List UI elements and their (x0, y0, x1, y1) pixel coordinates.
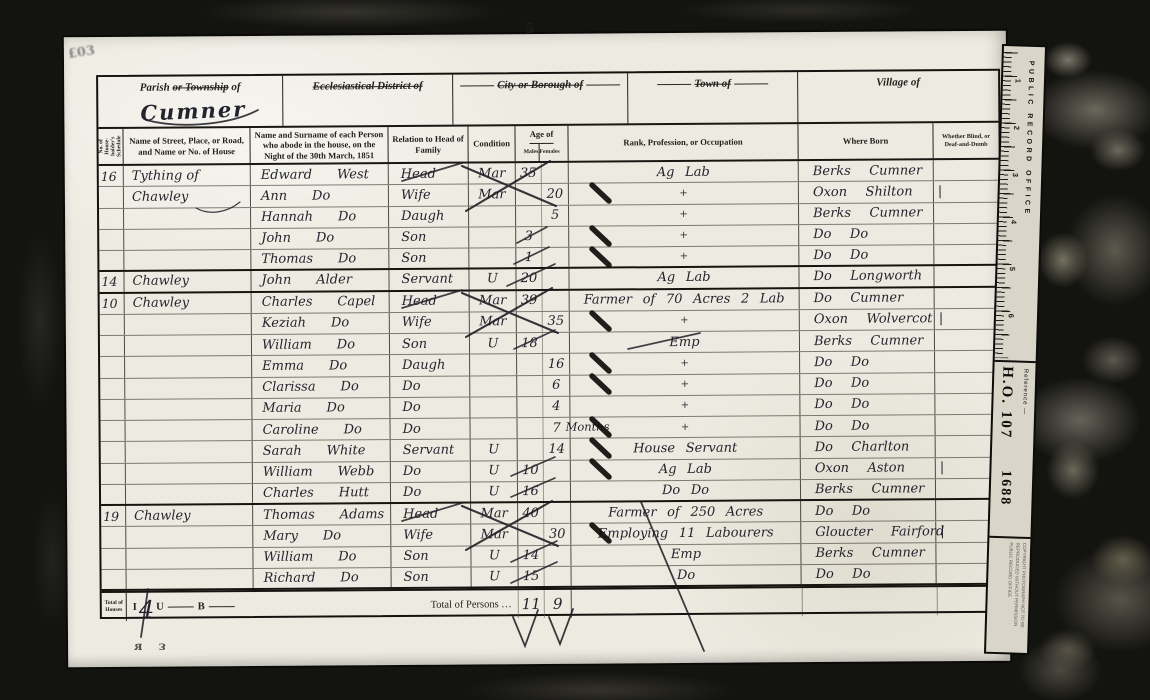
cell-age-female: 16 (543, 354, 570, 374)
blank-line (168, 606, 194, 607)
cell-age-male: 18 (517, 333, 543, 353)
cell-where-born: Oxon Shilton (799, 181, 934, 202)
cell-blind (934, 266, 999, 286)
cell-condition: Mar (471, 503, 518, 524)
cell-name: Sarah White (253, 440, 391, 461)
col-condition: Condition (468, 126, 515, 161)
cell-age-male: 10 (518, 460, 544, 480)
cell-relation: Wife (390, 312, 470, 333)
cell-schedule (100, 400, 125, 420)
cell-age-female (542, 227, 569, 247)
cell-schedule (99, 251, 124, 270)
town-header: Town of (628, 72, 798, 123)
cell-street (124, 250, 251, 270)
cell-schedule (101, 527, 126, 547)
cell-occupation: + (570, 352, 800, 374)
cell-relation: Servant (391, 440, 471, 461)
cell-name: Maria Do (252, 398, 390, 419)
cell-street: Chawley (126, 505, 253, 526)
cell-schedule (100, 421, 125, 441)
cell-street: Chawley (124, 271, 251, 291)
cell-age-male (517, 397, 543, 417)
cell-relation: Head (389, 163, 469, 184)
cell-age-male (518, 524, 544, 544)
tabulation-mark: + (679, 230, 687, 241)
cell-occupation: Do (572, 565, 802, 586)
cell-age-male: 15 (519, 567, 545, 586)
cell-where-born: Do Do (799, 224, 934, 245)
cell-occupation: + (570, 395, 800, 417)
census-table: Parish or Township of Cumner Ecclesiasti… (96, 69, 1004, 619)
copyright-notice: COPYRIGHT PHOTOGRAPH NOT TO BE REPRODUCE… (990, 542, 1027, 639)
ruler-number: 1 (1013, 79, 1022, 83)
cell-age-male (516, 205, 542, 225)
uninhabited-label: U (156, 601, 164, 612)
cell-condition (470, 354, 517, 375)
cell-age-female: 20 (542, 184, 569, 204)
cell-relation: Do (390, 376, 470, 397)
parish-value: Cumner (140, 96, 247, 125)
cell-schedule (100, 315, 125, 335)
cell-name: William Webb (253, 462, 391, 483)
cell-age-male: 39 (517, 290, 543, 310)
cell-relation: Son (391, 546, 471, 567)
col-occupation: Rank, Profession, or Occupation (568, 124, 798, 161)
cell-street (125, 377, 252, 398)
cell-age-female (542, 269, 569, 288)
divider (937, 587, 938, 615)
cell-age-male (517, 375, 543, 395)
pen-dash (734, 83, 768, 84)
ruler-number: 5 (1008, 267, 1017, 271)
cell-name: Thomas Adams (253, 504, 391, 525)
cell-condition: U (469, 269, 516, 289)
cell-name: John Do (251, 228, 389, 249)
cell-age-male: 14 (518, 545, 544, 565)
cell-where-born: Do Cumner (800, 288, 935, 309)
cell-age-male: 40 (518, 503, 544, 523)
cell-street (125, 399, 252, 420)
blank-line (209, 606, 235, 607)
divider (802, 588, 803, 616)
col-blind-label: Whether Blind, or Deaf-and-Dumb (936, 133, 997, 149)
cell-occupation: + (569, 225, 799, 247)
cell-age-male: 20 (516, 269, 542, 288)
inhabited-label: I (133, 601, 137, 612)
col-occupation-label: Rank, Profession, or Occupation (623, 137, 742, 148)
strip-divider (995, 360, 1036, 363)
cell-blind (935, 351, 1000, 372)
cell-where-born: Do Do (800, 373, 935, 394)
cell-name: Mary Do (253, 525, 391, 546)
cell-street (126, 526, 253, 547)
col-street: Name of Street, Place, or Road, and Name… (123, 128, 250, 164)
cell-relation: Son (390, 333, 470, 354)
cell-name: Ann Do (251, 185, 389, 206)
col-name-label: Name and Surname of each Person who abod… (252, 129, 385, 160)
parish-label-struck: or Township (172, 81, 228, 93)
column-headers: No. of House-holder's Schedule Name of S… (98, 123, 998, 166)
cell-street (125, 356, 252, 377)
cell-age-female (544, 545, 571, 565)
cell-name: John Alder (251, 270, 389, 290)
cell-street (126, 441, 253, 462)
total-males: 11 (519, 590, 545, 618)
cell-name: Charles Capel (252, 292, 390, 313)
census-rows: 16Tything ofEdward WestHeadMar35Ag LabBe… (99, 160, 1002, 591)
col-age-females-label: Females (539, 144, 559, 161)
ecclesiastical-label: Ecclesiastical District of (313, 80, 423, 93)
parish-label-post: of (231, 81, 240, 93)
form-title-band: Parish or Township of Cumner Ecclesiasti… (98, 71, 998, 129)
col-schedule: No. of House-holder's Schedule (98, 129, 123, 164)
cell-street (125, 420, 252, 441)
cell-occupation: Emp (571, 544, 801, 566)
cell-age-female: 35 (543, 312, 570, 332)
cell-occupation: Ag Lab (571, 459, 801, 481)
cell-age-female: 7Months (543, 418, 570, 438)
total-females: 9 (545, 590, 572, 618)
cell-name: Clarissa Do (252, 377, 390, 398)
cell-age-male (516, 184, 542, 204)
parish-label-pre: Parish (140, 82, 170, 94)
cell-schedule: 16 (99, 166, 124, 186)
col-blind: Whether Blind, or Deaf-and-Dumb (933, 123, 998, 158)
cell-relation: Son (392, 567, 472, 587)
cell-occupation: House Servant (571, 437, 801, 459)
tabulation-mark: + (681, 422, 689, 433)
cell-name: William Do (252, 334, 390, 355)
city-header: City or Borough of (453, 73, 628, 124)
cell-age-female: 4 (543, 397, 570, 417)
cell-age-female (543, 333, 570, 353)
cell-where-born: Do Do (799, 245, 934, 265)
cell-condition: Mar (469, 163, 516, 184)
cell-where-born: Do Do (800, 351, 935, 372)
cell-blind (935, 415, 1000, 436)
cell-age-female: 6 (543, 375, 570, 395)
cell-street: Chawley (124, 186, 251, 207)
col-age-males-label: Males (524, 144, 540, 161)
total-persons-label: Total of Persons … (431, 599, 518, 611)
cell-where-born: Berks Cumner (799, 203, 934, 224)
cell-condition: U (471, 439, 518, 460)
cell-schedule (99, 230, 124, 250)
cell-condition: Mar (469, 184, 516, 205)
tabulation-mark: + (681, 400, 689, 411)
cell-age-female (542, 163, 569, 183)
cell-occupation: Employing 11 Labourers (571, 522, 801, 544)
cell-occupation: + (569, 246, 799, 267)
building-label: B (198, 601, 205, 612)
col-condition-label: Condition (473, 139, 510, 149)
cell-schedule (101, 548, 126, 568)
cell-condition: Mar (470, 312, 517, 333)
cell-condition: U (471, 482, 518, 502)
margin-stamp-marks: ε ʁ (128, 641, 166, 655)
cell-occupation: Farmer of 70 Acres 2 Lab (570, 289, 800, 311)
page-number: 5 (526, 20, 534, 38)
cell-where-born: Do Do (802, 564, 937, 584)
ruler-number: 2 (1012, 126, 1021, 130)
cell-age-female (544, 503, 571, 523)
col-relation: Relation to Head of Family (388, 126, 468, 162)
ruler-number: 3 (1011, 173, 1020, 177)
town-label: Town of (694, 78, 731, 90)
cell-where-born: Do Do (801, 500, 936, 521)
cell-age-male: 3 (516, 227, 542, 247)
cell-where-born: Berks Cumner (800, 330, 935, 351)
ruler-numbers: 123456 (1004, 46, 1045, 47)
col-age-label: Age of (530, 126, 554, 144)
col-name: Name and Surname of each Person who abod… (250, 127, 388, 163)
cell-occupation: + (570, 310, 800, 332)
cell-schedule (102, 570, 127, 589)
cell-condition (469, 206, 516, 227)
cell-schedule (101, 442, 126, 462)
pen-dash (586, 84, 620, 85)
background-texture (1038, 0, 1150, 700)
cell-street (125, 335, 252, 356)
tabulation-mark: + (680, 315, 688, 326)
cell-blind: | (934, 181, 999, 202)
cell-condition: U (472, 567, 519, 587)
cell-name: Edward West (251, 164, 389, 185)
totals-middle: I 4 U B Total of Persons … (127, 590, 519, 621)
tabulation-mark: + (679, 209, 687, 220)
cell-where-born: Do Longworth (799, 266, 934, 286)
col-schedule-label: No. of House-holder's Schedule (98, 134, 123, 158)
cell-relation: Son (389, 248, 469, 268)
tabulation-mark: + (679, 188, 687, 199)
cell-name: William Do (253, 547, 391, 568)
cell-name: Thomas Do (251, 249, 389, 269)
cell-relation: Servant (389, 270, 469, 290)
cell-street: Tything of (124, 165, 251, 186)
cell-schedule (100, 336, 125, 356)
cell-age-female (543, 290, 570, 310)
cell-street: Chawley (125, 292, 252, 313)
cell-age-male (517, 418, 543, 438)
cell-occupation: + (569, 204, 799, 226)
cell-age-male (517, 312, 543, 332)
cell-condition (470, 397, 517, 418)
cell-occupation: + (570, 374, 800, 396)
cell-age-female (544, 482, 571, 501)
cell-street (125, 314, 252, 335)
total-houses-label: Total of Houses (102, 593, 127, 621)
scanned-census-page: 5 £03 ε ʁ Parish or Township of Cumner E… (0, 0, 1150, 700)
pro-office-label: PUBLIC RECORD OFFICE (1019, 61, 1035, 353)
cell-name: Caroline Do (252, 419, 390, 440)
col-born-label: Where Born (843, 136, 889, 146)
cell-age-female (542, 248, 569, 267)
totals-end (572, 587, 1002, 618)
cell-age-male (518, 439, 544, 459)
cell-blind (935, 287, 1000, 308)
cell-where-born: Oxon Aston (801, 458, 936, 479)
pen-dash (657, 84, 691, 85)
cell-age-male: 1 (516, 248, 542, 267)
cell-relation: Do (390, 418, 470, 439)
cell-blind (935, 394, 1000, 415)
cell-condition (469, 227, 516, 248)
cell-where-born: Oxon Wolvercot (800, 309, 935, 330)
cell-age-female: 5 (542, 205, 569, 225)
cell-relation: Daugh (389, 206, 469, 227)
parish-header: Parish or Township of Cumner (98, 76, 283, 127)
cell-condition: Mar (470, 291, 517, 312)
cell-blind (934, 160, 999, 181)
cell-street (127, 569, 254, 589)
cell-street (126, 484, 253, 504)
cell-age-female (545, 567, 572, 586)
village-label: Village of (876, 76, 920, 88)
cell-name: Hannah Do (251, 207, 389, 228)
cell-occupation: + (570, 416, 800, 438)
ecclesiastical-header: Ecclesiastical District of (283, 75, 453, 126)
ruler-number: 6 (1007, 314, 1016, 318)
cell-occupation: Emp (570, 331, 800, 353)
tabulation-mark: + (680, 358, 688, 369)
col-born: Where Born (798, 123, 933, 159)
cell-occupation: Ag Lab (569, 267, 799, 288)
cell-occupation: Ag Lab (569, 161, 799, 183)
cell-street (126, 547, 253, 568)
cell-schedule (99, 187, 124, 207)
cell-age-female: 14 (544, 439, 571, 459)
cell-blind (934, 224, 999, 245)
reference-value: H.O. 107 (995, 366, 1016, 486)
cell-condition: Mar (471, 524, 518, 545)
totals-row: Total of Houses I 4 U B Total of Persons… (102, 585, 1002, 621)
cell-relation: Do (391, 461, 471, 482)
cell-where-born: Do Charlton (801, 436, 936, 457)
census-form-paper: 5 £03 ε ʁ Parish or Township of Cumner E… (64, 31, 1010, 668)
cell-where-born: Gloucter Fairford (801, 521, 936, 542)
cell-condition: U (471, 461, 518, 482)
cell-blind (935, 372, 1000, 393)
cell-blind (934, 245, 999, 265)
cell-occupation: + (569, 182, 799, 204)
cell-schedule (100, 378, 125, 398)
cell-where-born: Berks Cumner (799, 160, 934, 181)
cell-where-born: Do Do (800, 415, 935, 436)
cell-schedule (101, 485, 126, 504)
cell-schedule (99, 208, 124, 228)
cell-relation: Head (391, 503, 471, 524)
cell-schedule (101, 463, 126, 483)
cell-age-male: 35 (516, 163, 542, 183)
cell-name: Richard Do (254, 568, 392, 588)
ruler-number: 4 (1009, 220, 1018, 224)
cell-condition (469, 248, 516, 268)
cell-schedule: 14 (99, 272, 124, 291)
cell-street (124, 207, 251, 228)
cell-street (126, 462, 253, 483)
cell-relation: Do (391, 482, 471, 502)
cell-relation: Wife (389, 185, 469, 206)
cell-schedule (100, 357, 125, 377)
cell-relation: Wife (391, 525, 471, 546)
cell-relation: Daugh (390, 355, 470, 376)
cell-occupation: Farmer of 250 Acres (571, 501, 801, 523)
ink-smudge: £03 (67, 43, 96, 62)
pen-dash (460, 85, 494, 86)
cell-occupation: Do Do (571, 480, 801, 501)
cell-blind (935, 330, 1000, 351)
tabulation-mark: + (680, 251, 688, 262)
cell-schedule: 10 (100, 293, 125, 313)
cell-where-born: Berks Cumner (801, 543, 936, 564)
cell-name: Keziah Do (252, 313, 390, 334)
cell-where-born: Berks Cumner (801, 479, 936, 499)
cell-name: Emma Do (252, 355, 390, 376)
cell-age-male: 16 (518, 482, 544, 501)
cell-blind: | (935, 309, 1000, 330)
col-street-label: Name of Street, Place, or Road, and Name… (126, 135, 248, 156)
cell-condition: U (470, 333, 517, 354)
cell-blind (934, 202, 999, 223)
cell-condition: U (471, 546, 518, 567)
tabulation-mark: + (681, 379, 689, 390)
cell-street (124, 229, 251, 250)
cell-where-born: Do Do (800, 394, 935, 415)
cell-relation: Son (389, 227, 469, 248)
col-age: Age of Males Females (515, 126, 568, 161)
cell-schedule: 19 (101, 506, 126, 526)
reference-label: Reference — (1021, 369, 1029, 429)
cell-relation: Do (390, 397, 470, 418)
cell-age-female: 30 (544, 524, 571, 544)
cell-condition (470, 418, 517, 439)
cell-age-male (517, 354, 543, 374)
cell-age-female (544, 460, 571, 480)
total-houses-value: 4 (139, 596, 154, 624)
cell-relation: Head (390, 291, 470, 312)
cell-name: Charles Hutt (253, 483, 391, 503)
city-label: City or Borough of (497, 79, 583, 92)
col-relation-label: Relation to Head of Family (390, 134, 465, 155)
cell-condition (470, 376, 517, 397)
village-header: Village of (798, 71, 998, 122)
